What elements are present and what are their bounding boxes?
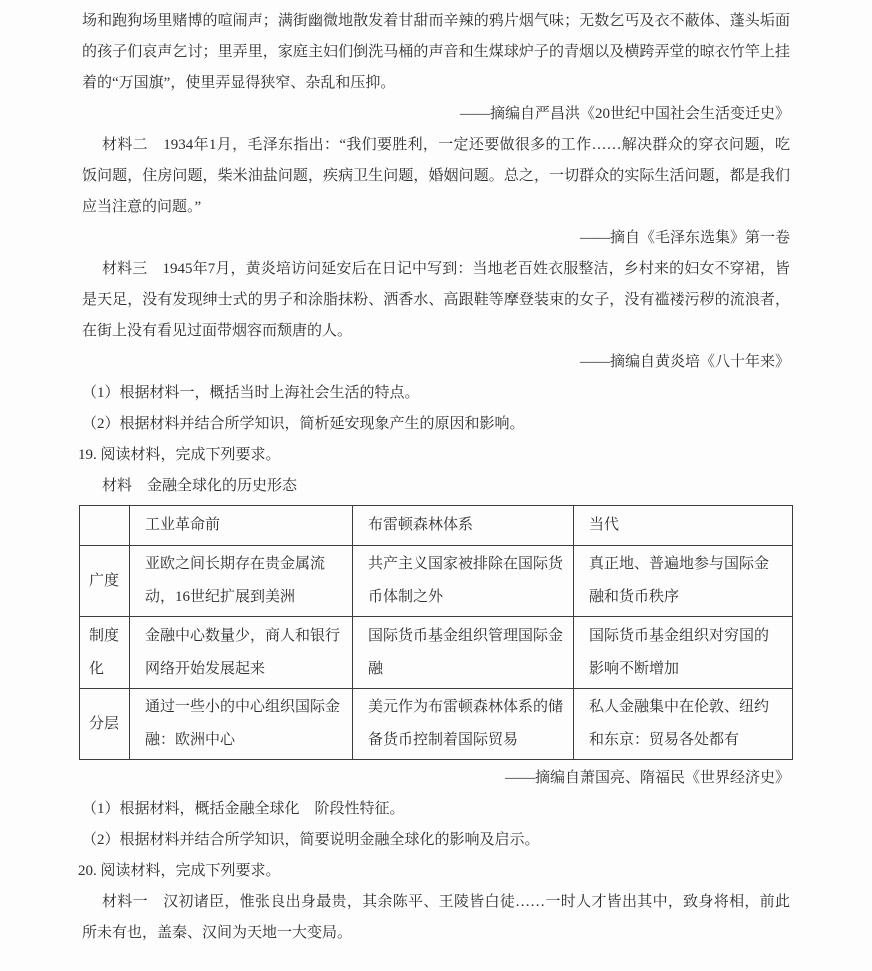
question-18-part2: （2）根据材料并结合所学知识，简析延安现象产生的原因和影响。 bbox=[82, 409, 790, 440]
table-cell: 亚欧之间长期存在贵金属流动，16世纪扩展到美洲 bbox=[130, 546, 353, 617]
table-cell: 通过一些小的中心组织国际金融：欧洲中心 bbox=[130, 689, 353, 760]
row-label-cell: 广度 bbox=[80, 546, 130, 617]
table-header-cell-contemporary: 当代 bbox=[574, 506, 793, 546]
table-header-cell-preindustrial: 工业革命前 bbox=[130, 506, 353, 546]
question-19-material-caption: 材料 金融全球化的历史形态 bbox=[82, 471, 790, 502]
question-19-part2: （2）根据材料并结合所学知识，简要说明金融全球化的影响及启示。 bbox=[82, 825, 790, 856]
source-attribution-huangyanpei: ——摘编自黄炎培《八十年来》 bbox=[82, 347, 790, 378]
material-one-continuation: 场和跑狗场里赌博的喧闹声；满街幽微地散发着甘甜而辛辣的鸦片烟气味；无数乞丐及衣不… bbox=[82, 6, 790, 99]
table-header-cell-brettonwoods: 布雷顿森林体系 bbox=[353, 506, 574, 546]
question-19-heading: 19. 阅读材料，完成下列要求。 bbox=[78, 440, 790, 471]
table-row: 制度化 金融中心数量少，商人和银行网络开始发展起来 国际货币基金组织管理国际金融… bbox=[80, 617, 793, 689]
source-attribution-yanchanghong: ——摘编自严昌洪《20世纪中国社会生活变迁史》 bbox=[82, 99, 790, 130]
table-cell: 私人金融集中在伦敦、纽约和东京：贸易各处都有 bbox=[574, 689, 793, 760]
table-cell: 金融中心数量少，商人和银行网络开始发展起来 bbox=[130, 617, 353, 689]
source-attribution-mao-selected-works: ——摘自《毛泽东选集》第一卷 bbox=[82, 223, 790, 254]
row-label-cell: 制度化 bbox=[80, 617, 130, 689]
table-cell: 国际货币基金组织管理国际金融 bbox=[353, 617, 574, 689]
financial-globalization-table: 工业革命前 布雷顿森林体系 当代 广度 亚欧之间长期存在贵金属流动，16世纪扩展… bbox=[79, 505, 793, 760]
material-two-paragraph: 材料二 1934年1月，毛泽东指出：“我们要胜利，一定还要做很多的工作……解决群… bbox=[82, 130, 790, 223]
question-20-material-one: 材料一 汉初诸臣，惟张良出身最贵，其余陈平、王陵皆白徒……一时人才皆出其中，致身… bbox=[82, 887, 790, 949]
table-cell: 美元作为布雷顿森林体系的储备货币控制着国际贸易 bbox=[353, 689, 574, 760]
document-page: 场和跑狗场里赌博的喧闹声；满街幽微地散发着甘甜而辛辣的鸦片烟气味；无数乞丐及衣不… bbox=[0, 0, 872, 971]
table-header-row: 工业革命前 布雷顿森林体系 当代 bbox=[80, 506, 793, 546]
question-18-part1: （1）根据材料一，概括当时上海社会生活的特点。 bbox=[82, 378, 790, 409]
table-cell: 共产主义国家被排除在国际货币体制之外 bbox=[353, 546, 574, 617]
question-20-heading: 20. 阅读材料，完成下列要求。 bbox=[78, 856, 790, 887]
table-row: 分层 通过一些小的中心组织国际金融：欧洲中心 美元作为布雷顿森林体系的储备货币控… bbox=[80, 689, 793, 760]
row-label-cell: 分层 bbox=[80, 689, 130, 760]
question-19-part1: （1）根据材料，概括金融全球化 阶段性特征。 bbox=[82, 794, 790, 825]
source-attribution-world-economic-history: ——摘编自萧国亮、隋福民《世界经济史》 bbox=[82, 763, 790, 794]
table-header-cell-empty bbox=[80, 506, 130, 546]
table-row: 广度 亚欧之间长期存在贵金属流动，16世纪扩展到美洲 共产主义国家被排除在国际货… bbox=[80, 546, 793, 617]
table-cell: 国际货币基金组织对穷国的影响不断增加 bbox=[574, 617, 793, 689]
table-cell: 真正地、普遍地参与国际金融和货币秩序 bbox=[574, 546, 793, 617]
material-three-paragraph: 材料三 1945年7月，黄炎培访问延安后在日记中写到：当地老百姓衣服整洁，乡村来… bbox=[82, 254, 790, 347]
